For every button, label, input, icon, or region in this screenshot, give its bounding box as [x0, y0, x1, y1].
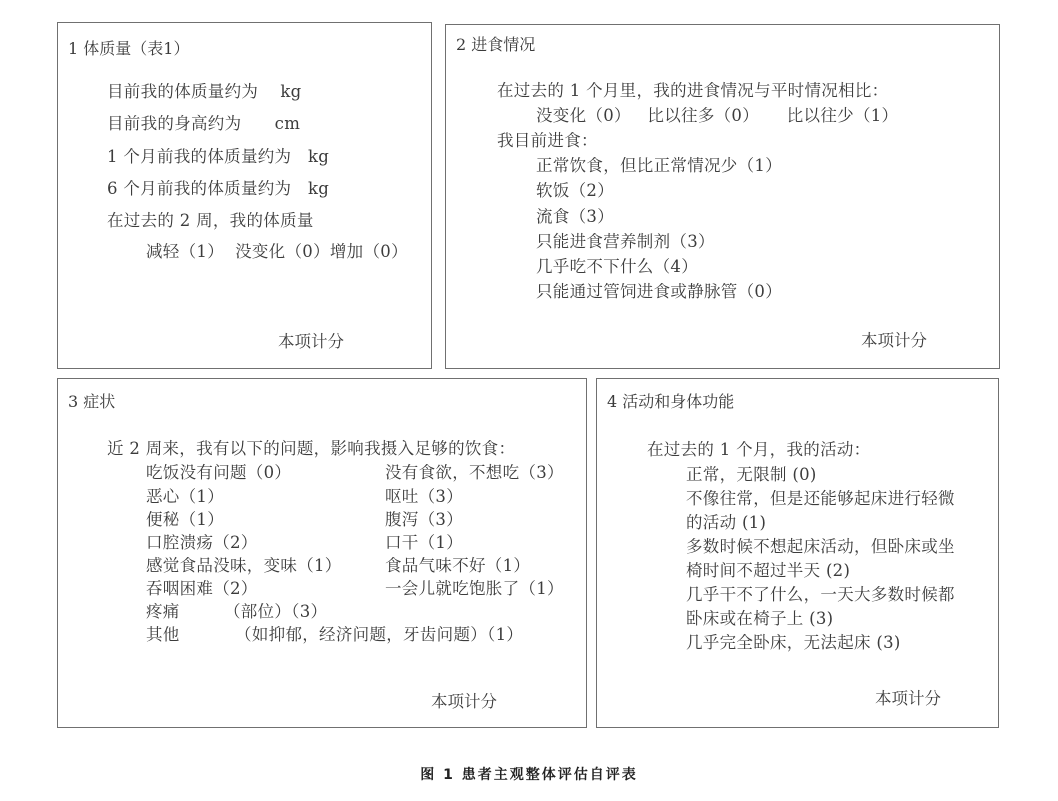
symptom-item: 感觉食品没味，变味（1）: [146, 552, 342, 576]
symptom-item-other: 其他 （如抑郁，经济问题，牙齿问题）（1）: [146, 621, 523, 645]
intake-compare-question: 在过去的 1 个月里，我的进食情况与平时情况相比：: [497, 77, 889, 101]
symptom-item: 便秘（1）: [146, 506, 224, 530]
symptom-item: 吞咽困难（2）: [146, 575, 258, 599]
symptom-item: 呕吐（3）: [385, 483, 463, 507]
section-score-label: 本项计分: [431, 688, 497, 712]
activity-option: 椅时间不超过半天 (2): [686, 557, 850, 581]
symptom-item: 恶心（1）: [146, 483, 224, 507]
activity-intro: 在过去的 1 个月，我的活动：: [647, 436, 871, 460]
weight-2weeks-line: 在过去的 2 周，我的体质量: [107, 207, 314, 231]
symptoms-intro: 近 2 周来，我有以下的问题，影响我摄入足够的饮食：: [107, 435, 515, 459]
section-activity: 4 活动和身体功能 在过去的 1 个月，我的活动： 正常，无限制 (0) 不像往…: [596, 378, 999, 728]
activity-option: 多数时候不想起床活动，但卧床或坐: [686, 533, 955, 557]
intake-option: 只能进食营养制剂（3）: [536, 228, 715, 252]
height-current-line: 目前我的身高约为 cm: [107, 110, 300, 134]
activity-option: 几乎完全卧床，无法起床 (3): [686, 629, 901, 653]
symptom-item: 口干（1）: [385, 529, 463, 553]
weight-current-line: 目前我的体质量约为 kg: [107, 78, 302, 102]
intake-option: 流食（3）: [536, 203, 614, 227]
activity-option: 几乎干不了什么，一天大多数时候都: [686, 581, 955, 605]
section-score-label: 本项计分: [278, 328, 344, 352]
section-title: 1 体质量（表1）: [68, 36, 189, 59]
symptom-item: 腹泻（3）: [385, 506, 463, 530]
intake-option: 只能通过管饲进食或静脉管（0）: [536, 278, 782, 302]
figure-caption: 图 1 患者主观整体评估自评表: [0, 764, 1058, 784]
weight-6month-line: 6 个月前我的体质量约为 kg: [107, 175, 329, 199]
section-symptoms: 3 症状 近 2 周来，我有以下的问题，影响我摄入足够的饮食： 吃饭没有问题（0…: [57, 378, 587, 728]
activity-option: 卧床或在椅子上 (3): [686, 605, 833, 629]
symptom-item: 一会儿就吃饱胀了（1）: [385, 575, 564, 599]
intake-option: 正常饮食，但比正常情况少（1）: [536, 152, 782, 176]
section-title: 2 进食情况: [456, 32, 535, 55]
section-score-label: 本项计分: [875, 685, 941, 709]
symptom-item-pain: 疼痛 （部位）（3）: [146, 598, 327, 622]
section-weight: 1 体质量（表1） 目前我的体质量约为 kg 目前我的身高约为 cm 1 个月前…: [57, 22, 432, 369]
section-food-intake: 2 进食情况 在过去的 1 个月里，我的进食情况与平时情况相比： 没变化（0） …: [445, 24, 1000, 369]
section-title: 3 症状: [68, 389, 115, 412]
weight-change-options: 减轻（1） 没变化（0）增加（0）: [146, 238, 408, 262]
intake-option: 几乎吃不下什么（4）: [536, 253, 698, 277]
current-intake-label: 我目前进食：: [497, 127, 598, 151]
weight-1month-line: 1 个月前我的体质量约为 kg: [107, 143, 329, 167]
section-score-label: 本项计分: [861, 327, 927, 351]
section-title: 4 活动和身体功能: [607, 389, 734, 412]
symptom-item: 吃饭没有问题（0）: [146, 459, 291, 483]
symptom-item: 没有食欲，不想吃（3）: [385, 459, 564, 483]
activity-option: 的活动 (1): [686, 509, 766, 533]
activity-option: 不像往常，但是还能够起床进行轻微: [686, 485, 955, 509]
intake-option: 软饭（2）: [536, 177, 614, 201]
symptom-item: 食品气味不好（1）: [385, 552, 530, 576]
symptom-item: 口腔溃疡（2）: [146, 529, 258, 553]
activity-option: 正常，无限制 (0): [686, 461, 817, 485]
intake-compare-options: 没变化（0） 比以往多（0） 比以往少（1）: [536, 102, 898, 126]
